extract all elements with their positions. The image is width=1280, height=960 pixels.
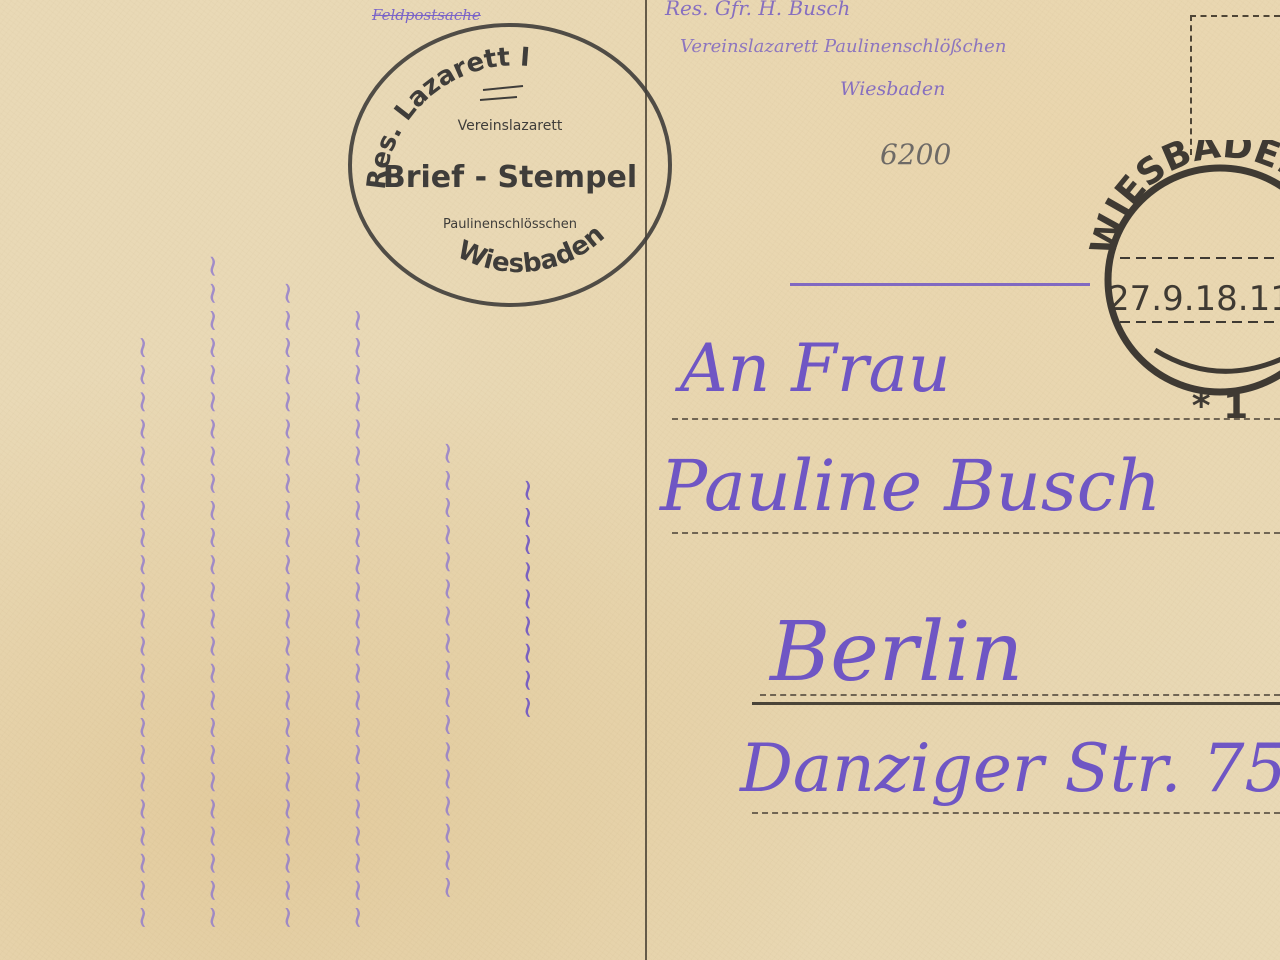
seal-center-line2: Brief - Stempel [383, 160, 637, 195]
postmark-date: 27.9.18.11 [1108, 279, 1280, 319]
sender-line-3: Wiesbaden [840, 78, 945, 100]
violet-stroke-through-cancel [790, 283, 1090, 286]
seal-center-line1: Vereinslazarett [458, 118, 563, 134]
hospital-seal-stamp: Res. Lazarett I Wiesbaden Vereinslazaret… [345, 15, 675, 315]
svg-text:WIESBADEN: WIESBADEN [1083, 140, 1280, 260]
address-street: Danziger Str. 75 [740, 730, 1280, 807]
sender-line-1: Res. Gfr. H. Busch [665, 0, 850, 20]
seal-center-line3: Paulinenschlösschen [443, 217, 577, 232]
postmark-cancel: WIESBADEN 27.9.18.11 * 1 [1080, 140, 1280, 420]
sender-line-2: Vereinslazarett Paulinenschlößchen [680, 36, 1006, 57]
stamp-box-border-left [1190, 15, 1192, 155]
postmark-office: * 1 [1192, 386, 1248, 420]
address-line-1-rule [672, 418, 1280, 420]
address-salutation: An Frau [680, 330, 950, 407]
stamp-box-border-top [1190, 15, 1280, 17]
address-line-4-rule [752, 812, 1280, 814]
address-recipient-name: Pauline Busch [660, 445, 1161, 527]
address-line-2-rule [672, 532, 1280, 534]
city-underline [752, 702, 1280, 705]
address-city: Berlin [770, 605, 1023, 700]
pencil-number: 6200 [880, 138, 951, 171]
postmark-town: WIESBADEN [1083, 140, 1280, 260]
